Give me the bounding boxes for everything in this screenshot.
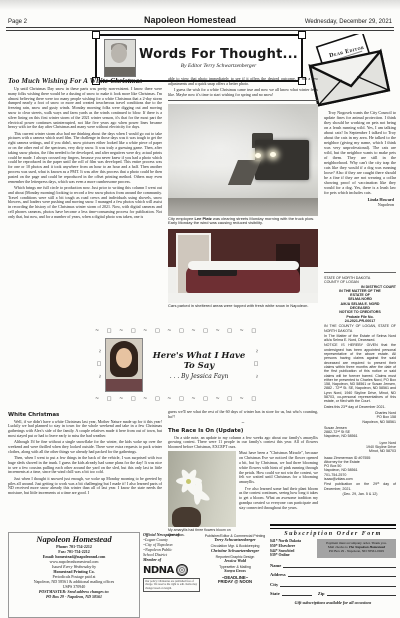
snowy-ground [168, 293, 318, 303]
column-paragraph: Then, when I went to put a few things in… [8, 456, 162, 475]
form-top-rule [270, 524, 396, 529]
field-label: City [270, 582, 278, 587]
snow-plow-photo [168, 104, 318, 216]
subhead-white-christmas: White Christmas [8, 412, 162, 418]
form-field-city: City [270, 582, 396, 587]
car-photo-caption: Cars parked in sheltered areas were topp… [168, 304, 318, 309]
form-field-name: Name [270, 563, 396, 568]
attorney-block: Isaac Zimmerman ID #07555 Attorney for t… [324, 456, 396, 482]
snow-covered-car-photo [168, 229, 318, 303]
payment-note-box: Payment must accompany order. Thank you.… [317, 539, 396, 558]
member-of-label: Member of [143, 557, 200, 562]
legal-address: Lynn Nord 1940 Skyline Drive Minot, ND 5… [324, 441, 396, 454]
address-line: Napoleon, ND 58561 [324, 434, 396, 438]
legal-address: Susan Jensen 2882-72ⁿᵈ St SE Napoleon, N… [324, 426, 396, 439]
payment-address: PO Box 29 - Napoleon, ND 58561-0029 [318, 549, 395, 553]
editor-photo-shoulders [105, 67, 135, 76]
amaryllis-photo [168, 451, 236, 527]
snowy-road [168, 198, 318, 216]
column-paragraph: I've also learned some had their plant b… [239, 487, 318, 511]
attorney-line: isaac@zklaw.com [324, 477, 396, 481]
letter-signer-city: Napoleon [378, 202, 394, 207]
field-label: Address [270, 572, 286, 577]
column-paragraph: Just when I thought it snowed just enoug… [8, 477, 162, 496]
ndna-logo: NDNA [143, 564, 200, 576]
legal-address: Charles Nord PO Box 158 Napoleon, ND 585… [324, 411, 396, 424]
field-blank-line [280, 582, 396, 587]
field-label: State [270, 591, 280, 596]
form-field-state-zip: StateZip [270, 591, 396, 596]
column-byline: By Editor Terry Schwartzenberger [136, 63, 301, 69]
article-paragraph: able to view that photo immediately to s… [168, 77, 318, 87]
jessica-photo [105, 338, 143, 392]
legal-intro: IN THE COUNTY OF LOGAN, STATE OF NORTH D… [324, 324, 396, 333]
article-paragraph: Up until Christmas Day snow in these par… [8, 87, 162, 130]
column-paragraph: guess we'll see what the rest of the 60 … [168, 410, 318, 420]
section-rule [168, 100, 318, 101]
jessica-photo-shirt [106, 379, 142, 391]
field-blank-line [283, 563, 396, 568]
staff-name: Terry Schwartzenberger [204, 538, 266, 542]
gift-subscription-note: Gift subscriptions available for all occ… [270, 600, 396, 605]
deadline-time: FRIDAY @ NOON [204, 580, 266, 584]
publication-info-box: Napoleon Homestead Phone: 701-754-2212 F… [8, 532, 140, 618]
ornament-border-left: ~ □ ~ [95, 349, 102, 382]
field-blank-line [288, 572, 396, 577]
corner-ornament [92, 31, 100, 39]
plow-truck [255, 140, 309, 180]
newspaper-page: Page 2 Napoleon Homestead Wednesday, Dec… [0, 0, 400, 618]
field-blank-line [282, 591, 312, 596]
field-label: Zip [318, 591, 325, 596]
paragraph-divider: ~ [168, 421, 318, 426]
header-divider [6, 27, 394, 31]
address-line: Minot, ND 58703 [324, 449, 396, 453]
postmaster-address: PO Box 29 - Napoleon, ND 58561 [9, 594, 139, 599]
ornament-border-top: ~ □ ~ □ ~ □ ~ □ ~ □ ~ □ ~ □ [95, 328, 259, 334]
column-paragraph: Must have been a "Christmas Miracle", be… [239, 451, 318, 485]
subscription-form-title: Subscription Order Form [270, 531, 396, 537]
flower-petal [193, 479, 203, 506]
editor-photo [104, 39, 136, 77]
legal-header-line: 24-2021-PR-00017 [324, 319, 396, 323]
headlight [255, 153, 261, 158]
staff-name: Sonya Gross [204, 569, 266, 573]
legal-first-publication: First publication on the 29ᵗʰ day of Dec… [324, 482, 396, 491]
page-header: Page 2 Napoleon Homestead Wednesday, Dec… [8, 15, 392, 25]
article-headline: Too Much Wishing For A White Christmas [8, 77, 162, 85]
column-paragraph: On a side note, an update to my column a… [168, 436, 318, 450]
subscription-form: Subscription Order Form $41* North Dakot… [270, 524, 396, 616]
jessica-photo-face [116, 348, 132, 368]
publication-title: Napoleon Homestead [9, 535, 139, 544]
article-paragraph: Which brings me full circle to productio… [8, 186, 162, 220]
staff-name: Jessica Wald [204, 559, 266, 563]
page-number: Page 2 [8, 19, 98, 25]
ornament-border-right: ~ □ ~ [252, 349, 259, 382]
legal-notice: STATE OF NORTH DAKOTA COUNTY OF LOGAN IN… [324, 272, 396, 522]
column-paragraph: Although I'd be fine without a single sn… [8, 440, 162, 454]
main-article: Too Much Wishing For A White Christmas U… [8, 77, 162, 327]
legal-run-dates: (Dec. 29, Jan. 5 & 12) [324, 492, 396, 496]
official-newspaper-box: Official Newspaper of: ~Logan County ~Ci… [143, 532, 200, 616]
letter-signature: Linda HowardNapoleon [324, 197, 394, 207]
legal-body: NOTICE IS HEREBY GIVEN that the undersig… [324, 343, 396, 403]
article-continuation-column: able to view that photo immediately to s… [168, 77, 318, 329]
staff-name: Christine Schwartzenberger [204, 549, 266, 553]
letter-body: Troy Nogosek wants the City Council to u… [324, 110, 396, 195]
jessica-column-left: White Christmas Well, if we didn't have … [8, 410, 162, 520]
newspaper-name: Napoleon Homestead [98, 15, 282, 25]
field-blank-line [327, 591, 396, 596]
plow-photo-caption: City employee Lee Platz was clearing str… [168, 217, 318, 226]
article-paragraph: This current winter storm also had me th… [8, 132, 162, 185]
policy-note: Our policy: Obituaries are published fre… [143, 578, 200, 592]
article-paragraph: I guess the wish for a white Christmas c… [168, 88, 318, 98]
ornament-border-bottom: ~ □ ~ □ ~ □ ~ □ ~ □ ~ □ ~ □ [95, 396, 259, 402]
legal-notice-rule [324, 272, 396, 273]
ndna-seal-icon [176, 564, 188, 576]
jessica-column-right: guess we'll see what the rest of the 60 … [168, 410, 318, 538]
heres-what-masthead: ~ □ ~ □ ~ □ ~ □ ~ □ ~ □ ~ □ ~ □ ~ Here's… [95, 328, 259, 406]
words-for-thought-masthead: Words For Thought... By Editor Terry Sch… [95, 34, 303, 82]
letter-to-editor: Troy Nogosek wants the City Council to u… [324, 110, 396, 270]
ndna-logo-text: NDNA [143, 568, 174, 573]
staff-box: Publisher/Editor & Commercial Printing T… [204, 532, 266, 616]
column-title: Words For Thought... [136, 47, 301, 62]
column-paragraph: Well, if we didn't have a white Christma… [8, 420, 162, 439]
jessica-column-title: Here's What I Have To Say [146, 351, 252, 371]
subhead-race-update: The Race Is On (Update) [168, 428, 318, 434]
jessica-column-byline: . . . By Jessica Fayn [146, 373, 252, 380]
legal-intro: In The Matter of the Estate of Selma Nor… [324, 334, 396, 343]
rate-line: $39* Online [270, 553, 314, 558]
form-field-address: Address [270, 572, 396, 577]
field-label: Name [270, 563, 281, 568]
subscription-rates: $41* North Dakota $50* Elsewhere $44* Sn… [270, 539, 314, 558]
legal-dated: Dates this 23ʳᵈ day of December 2021. [324, 405, 396, 409]
flower-pot [172, 507, 201, 528]
headlight [270, 152, 276, 157]
editor-photo-face [111, 44, 127, 63]
snow-on-car [188, 261, 299, 270]
issue-date: Wednesday, December 29, 2021 [282, 19, 392, 25]
address-line: Napoleon, ND 58561 [324, 420, 396, 424]
